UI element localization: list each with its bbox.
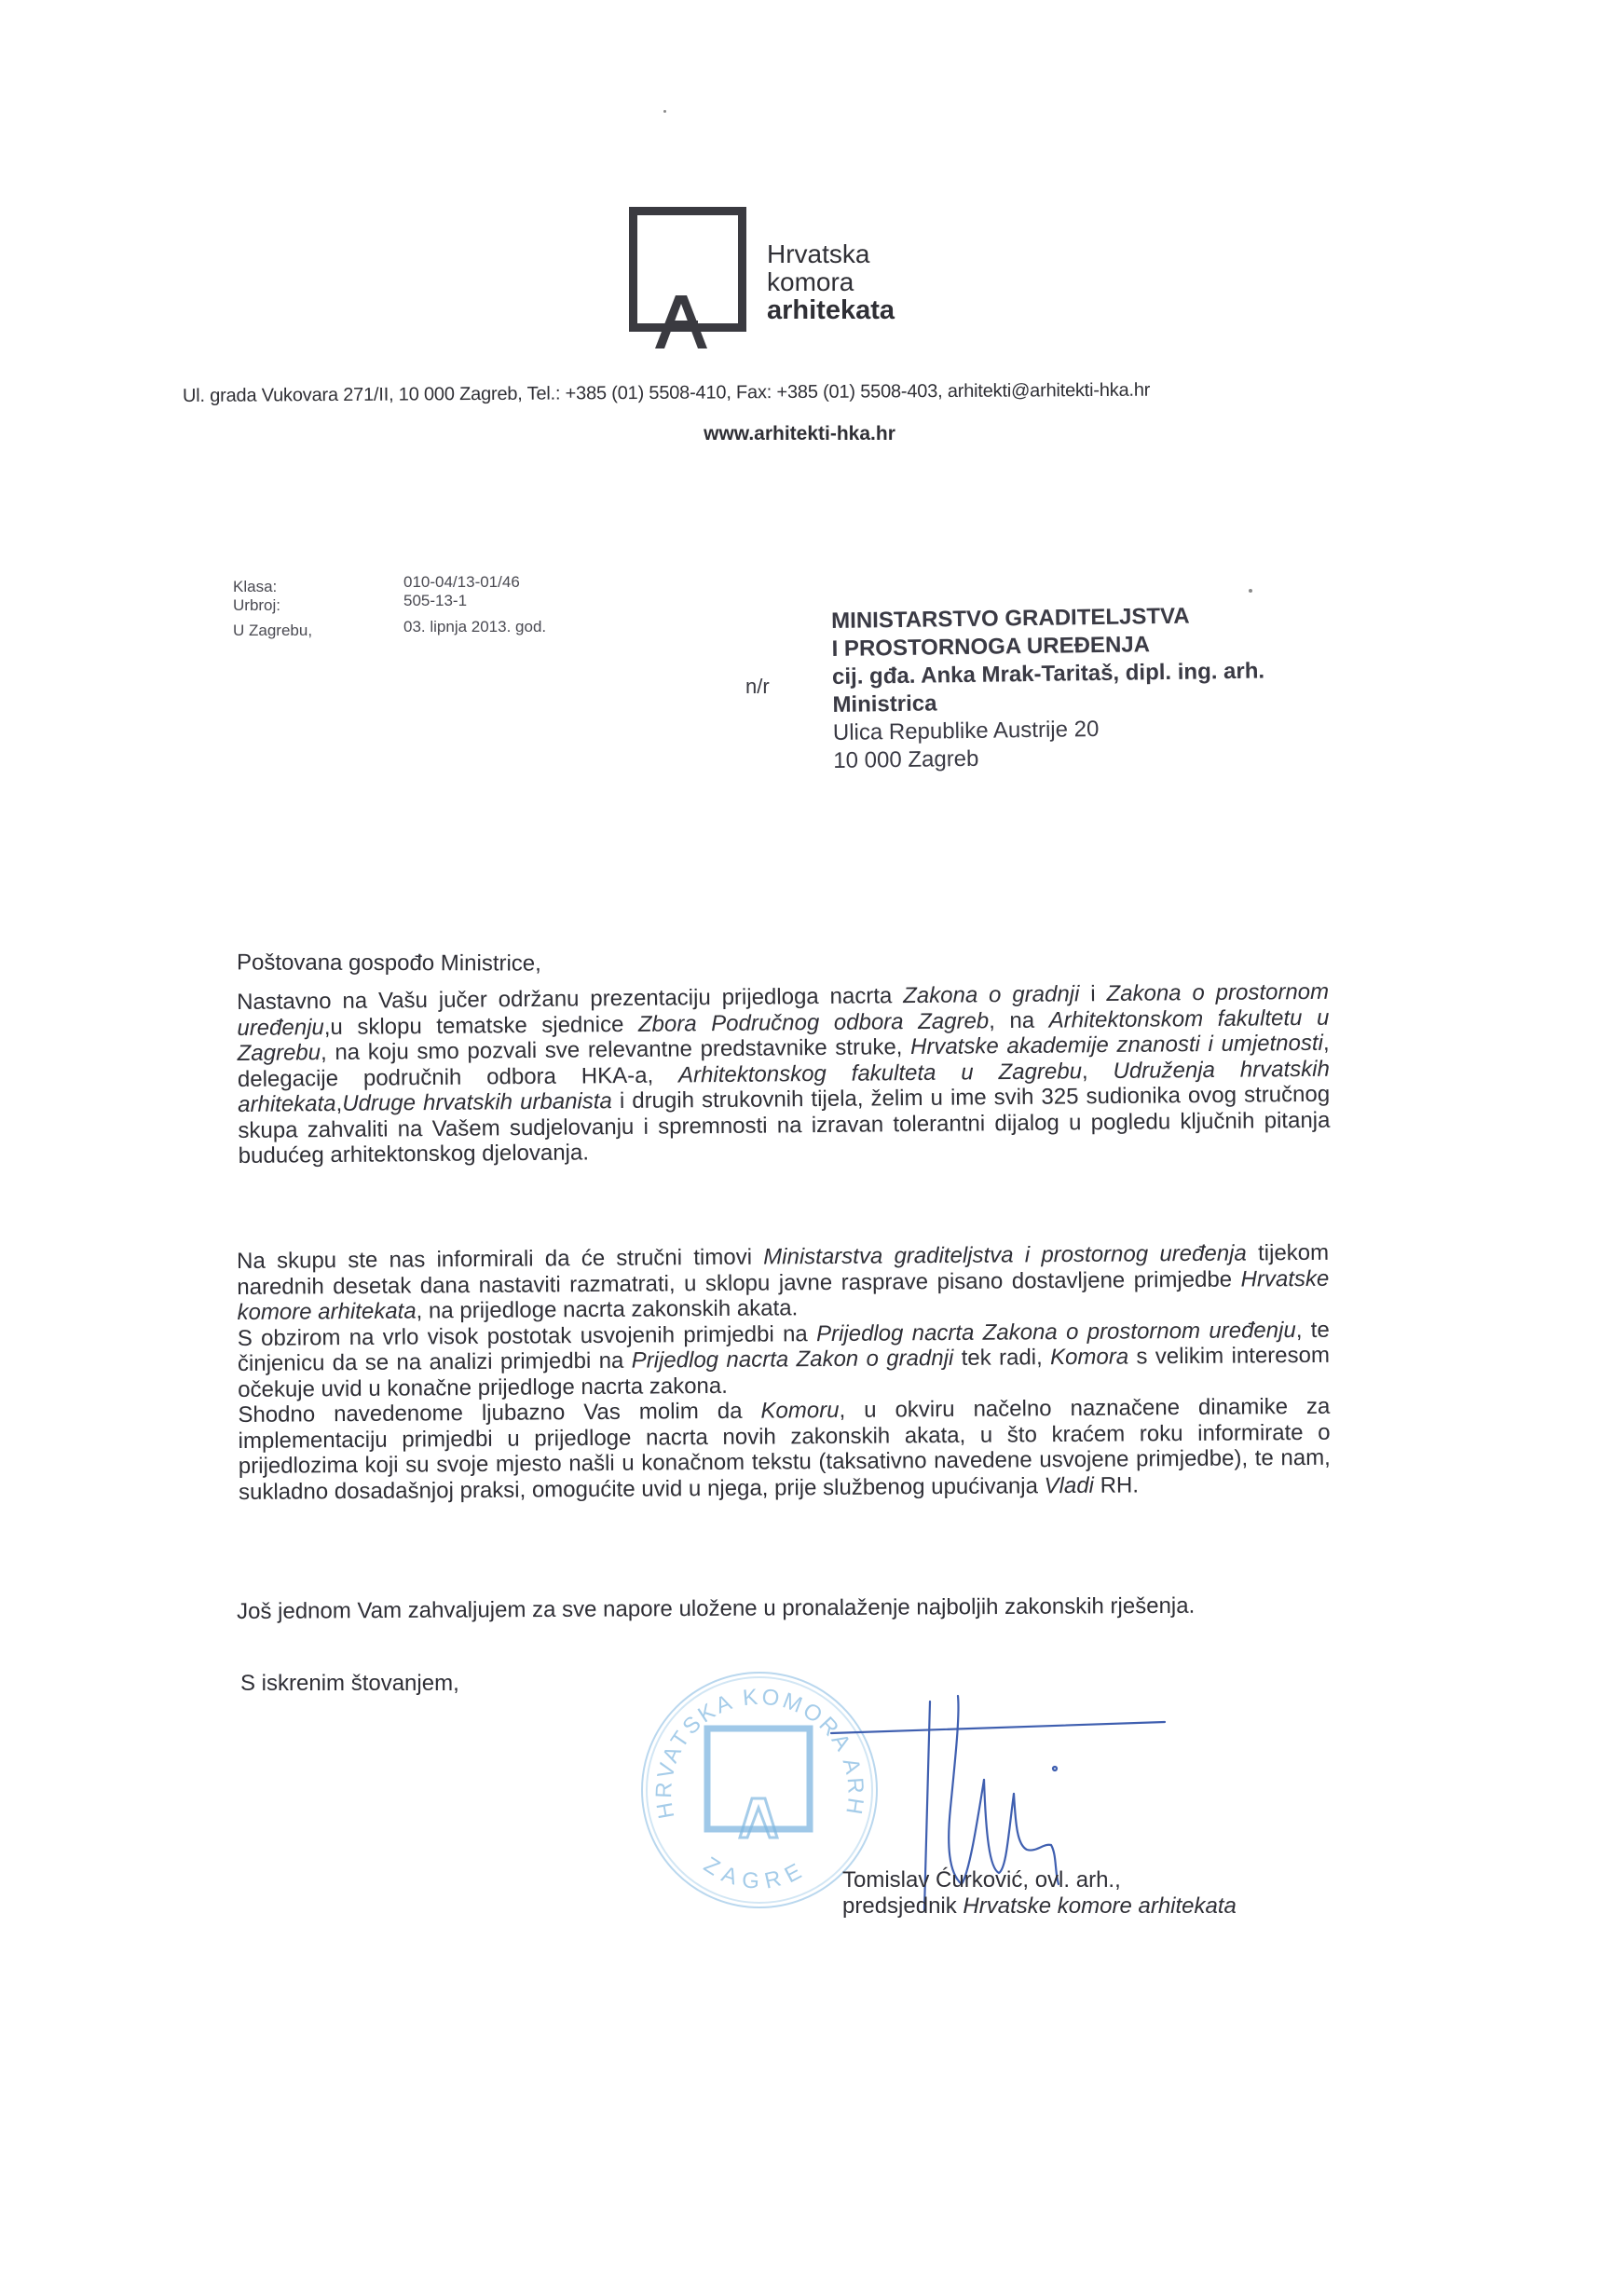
italic-run: Ministarstva graditeljstva i prostornog … [763, 1240, 1247, 1269]
salutation: Poštovana gospođo Ministrice, [237, 950, 541, 977]
italic-run: Udruge hrvatskih urbanista [342, 1088, 612, 1116]
recipient-block: MINISTARSTVO GRADITELJSTVAI PROSTORNOGA … [831, 602, 1266, 775]
text-run: S obzirom na vrlo visok postotak usvojen… [238, 1321, 816, 1351]
logo-text-line-1: Hrvatska [767, 240, 869, 268]
text-run: Još jednom Vam zahvaljujem za sve napore… [237, 1593, 1195, 1624]
italic-run: Komoru [760, 1398, 839, 1424]
italic-run: Hrvatske akademije znanosti i umjetnosti [910, 1031, 1323, 1059]
signer-title: predsjednik Hrvatske komore arhitekata [842, 1893, 1237, 1920]
body-paragraph-3: Još jednom Vam zahvaljujem za sve napore… [237, 1592, 1329, 1625]
text-run: i [1079, 981, 1106, 1006]
scan-speck [663, 110, 666, 113]
organization-logo: Hrvatska komora arhitekata [629, 207, 909, 356]
text-run: Na skupu ste nas informirali da će struč… [237, 1245, 763, 1274]
body-paragraph-2: Na skupu ste nas informirali da će struč… [237, 1240, 1331, 1505]
letterhead-website: www.arhitekti-hka.hr [0, 423, 1599, 445]
italic-run: Komora [1050, 1344, 1128, 1370]
body-paragraph-1: Nastavno na Vašu jučer održanu prezentac… [237, 979, 1331, 1169]
italic-run: Zbora Područnog odbora Zagreb [638, 1008, 990, 1037]
signer-title-org: Hrvatske komore arhitekata [963, 1893, 1236, 1919]
italic-run: Prijedlog nacrta Zakon o gradnji [632, 1346, 954, 1373]
text-run: Shodno navedenome ljubazno Vas molim da [238, 1399, 760, 1428]
scan-speck [1249, 589, 1252, 593]
reference-label: Urbroj: [233, 596, 280, 615]
reference-label: Klasa: [233, 578, 277, 596]
text-run: , [1082, 1058, 1114, 1083]
reference-value: 03. lipnja 2013. god. [403, 618, 546, 636]
text-run: ,u sklopu tematske sjednice [324, 1011, 638, 1039]
italic-run: Vladi [1044, 1472, 1094, 1497]
attention-label: n/r [745, 675, 770, 699]
italic-run: Prijedlog nacrta Zakona o prostornom ure… [816, 1318, 1296, 1346]
letterhead-address: Ul. grada Vukovara 271/II, 10 000 Zagreb… [183, 378, 1338, 407]
italic-run: Zakona o gradnji [903, 981, 1079, 1008]
logo-text-line-2: komora [767, 268, 854, 296]
italic-run: Arhitektonskog fakulteta u Zagrebu [678, 1059, 1082, 1087]
closing-phrase: S iskrenim štovanjem, [240, 1671, 459, 1697]
logo-text-line-3: arhitekata [767, 296, 895, 324]
text-run: , na [989, 1007, 1049, 1033]
signer-name: Tomislav Ćurković, ovl. arh., [842, 1867, 1237, 1893]
reference-value: 010-04/13-01/46 [403, 573, 520, 592]
text-run: , na prijedloge nacrta zakonskih akata. [417, 1295, 799, 1323]
logo-mark-icon [629, 207, 750, 356]
signer-title-prefix: predsjednik [842, 1893, 963, 1919]
signer-block: Tomislav Ćurković, ovl. arh., predsjedni… [842, 1867, 1237, 1920]
reference-label: U Zagrebu, [233, 622, 312, 640]
text-run: tek radi, [953, 1345, 1050, 1371]
reference-value: 505-13-1 [403, 592, 467, 610]
text-run: RH. [1094, 1472, 1139, 1497]
recipient-line: 10 000 Zagreb [833, 742, 1265, 775]
